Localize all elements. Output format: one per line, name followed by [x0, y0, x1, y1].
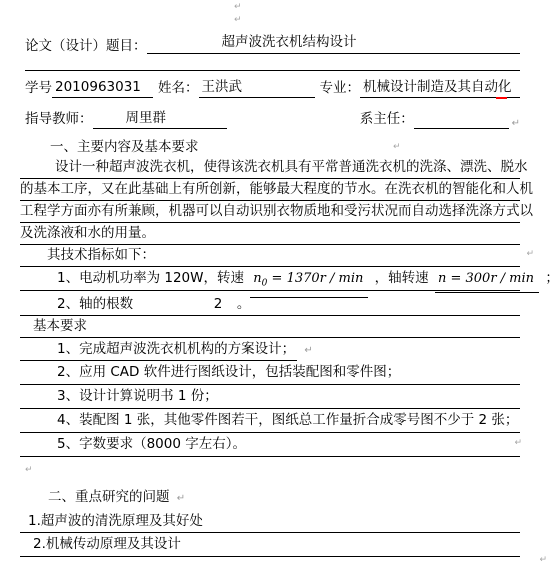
student-id-field[interactable]: 2010963031 — [52, 78, 153, 98]
title-row: 论文（设计）题目： 超声波洗衣机结构设计 — [25, 33, 520, 54]
paragraph-mark-icon: ↵ — [512, 118, 520, 129]
basic-req-item: 3、设计计算说明书 1 份； — [20, 385, 520, 409]
major-field[interactable]: 机械设计制造及其自动化 — [360, 78, 520, 98]
document-page: ↵ ↵ 论文（设计）题目： 超声波洗衣机结构设计 学号 2010963031 姓… — [0, 0, 550, 572]
shaft-count-value: 2 — [214, 296, 223, 312]
paragraph-mark-icon: ↵ — [393, 142, 401, 153]
formula-variable: n — [253, 271, 261, 286]
tech-intro-text: 其技术指标如下： — [47, 247, 155, 263]
formula-shaft-speed: n = 300r / min — [435, 272, 539, 293]
title-field[interactable]: 超声波洗衣机结构设计 — [147, 32, 521, 54]
student-info-row: 学号 2010963031 姓名： 王洪武 专业： 机械设计制造及其自动化 — [25, 79, 520, 98]
advisor-info-row: 指导教师： 周里群 系主任： ↵ — [25, 110, 520, 129]
basic-req-item: 1、完成超声波洗衣机机构的方案设计； ↵ — [20, 338, 520, 361]
basic-req-item: 4、装配图 1 张，其他零件图若干，图纸总工作量折合成零号图不少于 2 张； — [20, 409, 520, 433]
key-problem-item: 1.超声波的清洗原理及其好处 — [20, 510, 520, 533]
formula-unit: r / min — [320, 271, 364, 286]
paragraph-mark-icon: ↵ — [514, 438, 522, 449]
formula-expression: = 1370 — [267, 271, 319, 286]
document-content: 论文（设计）题目： 超声波洗衣机结构设计 学号 2010963031 姓名： 王… — [20, 0, 520, 572]
spellcheck-underline-icon — [496, 97, 507, 99]
intro-line: 工程学方面亦有所兼顾，机器可以自动识别衣物质地和受污状况而自动选择洗涤方式以 — [20, 201, 520, 223]
formula-expression: = 300 — [446, 271, 490, 286]
dept-head-field[interactable] — [414, 109, 509, 129]
paragraph-mark-icon: ↵ — [177, 493, 185, 504]
formula-motor-speed: n0 = 1370r / min — [250, 272, 368, 298]
intro-line: 及洗涤液和水的用量。 — [20, 223, 520, 245]
tech-item-motor: 1、电动机功率为 120W，转速 n0 = 1370r / min ，轴转速 n… — [20, 267, 520, 291]
tech-item-motor-suffix: ； — [545, 270, 550, 286]
tech-item-motor-prefix: 1、电动机功率为 120W，转速 — [57, 270, 244, 286]
name-field[interactable]: 王洪武 — [199, 78, 315, 98]
basic-req-item-text: 5、字数要求（8000 字左右）。 — [57, 436, 246, 452]
section1-heading: 一、主要内容及基本要求 — [50, 139, 199, 155]
paragraph-mark-icon: ↵ — [526, 249, 534, 260]
advisor-label: 指导教师： — [25, 110, 93, 129]
section2-heading-row: 二、重点研究的问题 ↵ — [20, 487, 520, 507]
basic-req-item: 2、应用 CAD 软件进行图纸设计，包括装配图和零件图； — [20, 361, 520, 385]
empty-line: ↵ — [20, 457, 520, 479]
major-label: 专业： — [320, 79, 361, 98]
dept-head-label: 系主任： — [360, 110, 414, 129]
paragraph-mark-icon: ↵ — [539, 555, 547, 566]
basic-req-item-text: 1、完成超声波洗衣机机构的方案设计； — [20, 338, 297, 361]
major-value: 机械设计制造及其自动化 — [363, 79, 512, 95]
student-id-label: 学号 — [25, 79, 52, 98]
title-label: 论文（设计）题目： — [25, 34, 147, 54]
tech-intro-row: 其技术指标如下： ↵ — [20, 245, 520, 267]
paragraph-mark-icon: ↵ — [25, 465, 33, 475]
shaft-count-suffix: 。 — [237, 296, 251, 312]
advisor-field[interactable]: 周里群 — [93, 109, 227, 129]
intro-line: 设计一种超声波洗衣机，使得该洗衣机具有平常普通洗衣机的洗涤、漂洗、脱水 — [20, 157, 520, 179]
paragraph-mark-icon: ↵ — [304, 345, 312, 356]
section1-heading-row: 一、主要内容及基本要求 ↵ — [20, 138, 520, 157]
divider — [25, 70, 520, 71]
basic-req-item: 5、字数要求（8000 字左右）。 ↵ — [20, 433, 520, 457]
section2-heading: 二、重点研究的问题 — [48, 489, 170, 505]
name-label: 姓名： — [158, 79, 199, 98]
key-problem-item: 2.机械传动原理及其设计 — [20, 533, 520, 557]
formula-unit: r / min — [490, 271, 534, 286]
basic-req-heading: 基本要求 — [20, 316, 520, 338]
intro-line: 的基本工序，又在此基础上有所创新，能够最大程度的节水。在洗衣机的智能化和人机 — [20, 179, 520, 201]
tech-item-motor-mid: ，轴转速 — [375, 270, 429, 286]
shaft-count-label: 2、轴的根数 — [57, 296, 133, 312]
